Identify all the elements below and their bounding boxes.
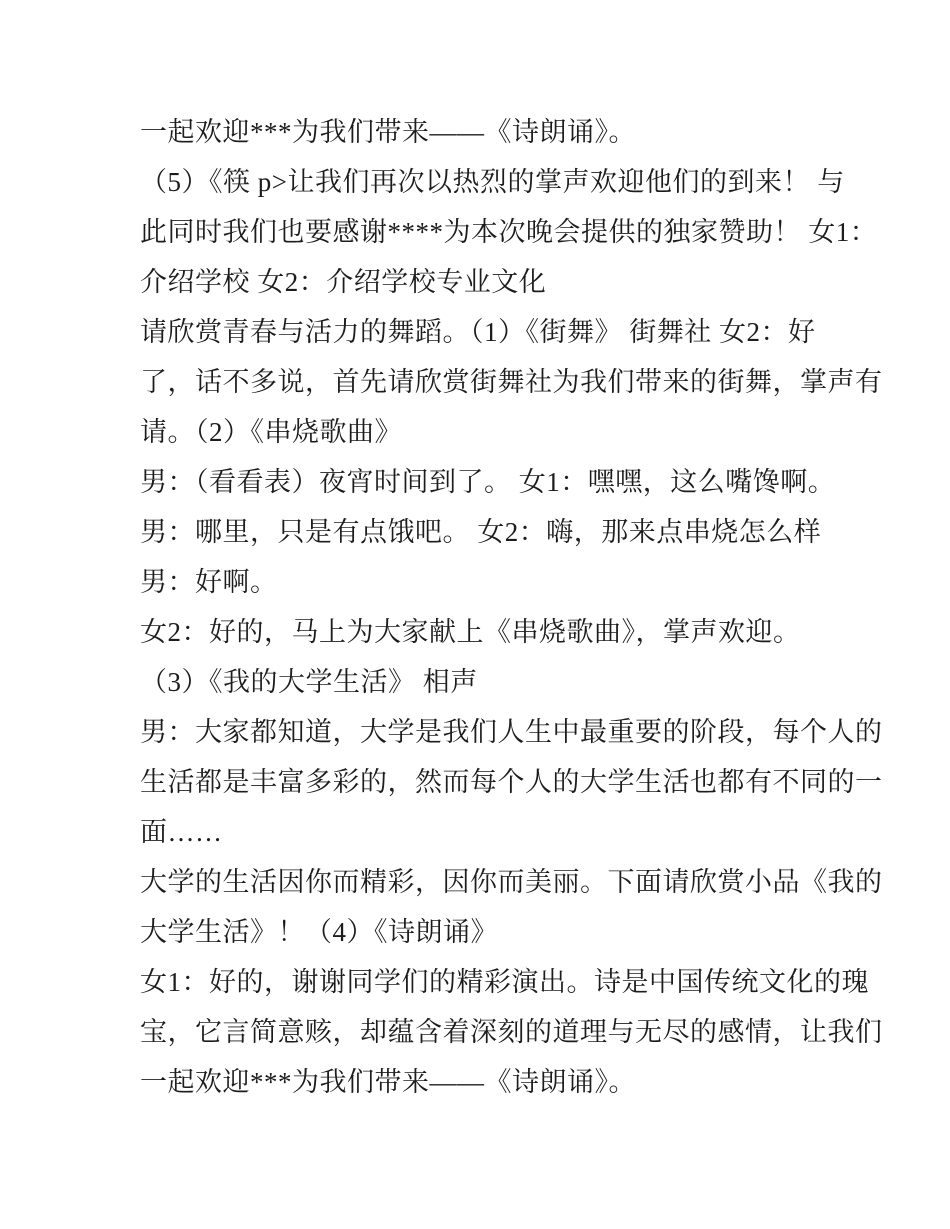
text-line: 此同时我们也要感谢****为本次晚会提供的独家赞助！ 女1：	[140, 207, 870, 257]
text-line: 大学的生活因你而精彩，因你而美丽。下面请欣赏小品《我的	[140, 857, 870, 907]
text-line: 请。（2）《串烧歌曲》	[140, 407, 870, 457]
document-page: 一起欢迎***为我们带来——《诗朗诵》。 （5）《筷 p>让我们再次以热烈的掌声…	[0, 0, 950, 1229]
text-line: 面……	[140, 807, 870, 857]
text-line: 大学生活》！（4）《诗朗诵》	[140, 907, 870, 957]
text-line: 女1：好的，谢谢同学们的精彩演出。诗是中国传统文化的瑰	[140, 957, 870, 1007]
text-line: 男：大家都知道，大学是我们人生中最重要的阶段，每个人的	[140, 707, 870, 757]
text-line: 男：（看看表）夜宵时间到了。 女1：嘿嘿，这么嘴馋啊。	[140, 457, 870, 507]
text-line: （3）《我的大学生活》 相声	[140, 657, 870, 707]
text-line: 宝，它言简意赅，却蕴含着深刻的道理与无尽的感情，让我们	[140, 1007, 870, 1057]
text-line: 一起欢迎***为我们带来——《诗朗诵》。	[140, 107, 870, 157]
text-line: （5）《筷 p>让我们再次以热烈的掌声欢迎他们的到来！ 与	[140, 157, 870, 207]
text-line: 了，话不多说，首先请欣赏街舞社为我们带来的街舞，掌声有	[140, 357, 870, 407]
text-line: 男：好啊。	[140, 557, 870, 607]
document-text-block: 一起欢迎***为我们带来——《诗朗诵》。 （5）《筷 p>让我们再次以热烈的掌声…	[140, 107, 870, 1107]
text-line: 请欣赏青春与活力的舞蹈。（1）《街舞》 街舞社 女2：好	[140, 307, 870, 357]
text-line: 一起欢迎***为我们带来——《诗朗诵》。	[140, 1057, 870, 1107]
text-line: 男：哪里，只是有点饿吧。 女2：嗨，那来点串烧怎么样	[140, 507, 870, 557]
text-line: 生活都是丰富多彩的，然而每个人的大学生活也都有不同的一	[140, 757, 870, 807]
text-line: 女2：好的，马上为大家献上《串烧歌曲》，掌声欢迎。	[140, 607, 870, 657]
text-line: 介绍学校 女2：介绍学校专业文化	[140, 257, 870, 307]
